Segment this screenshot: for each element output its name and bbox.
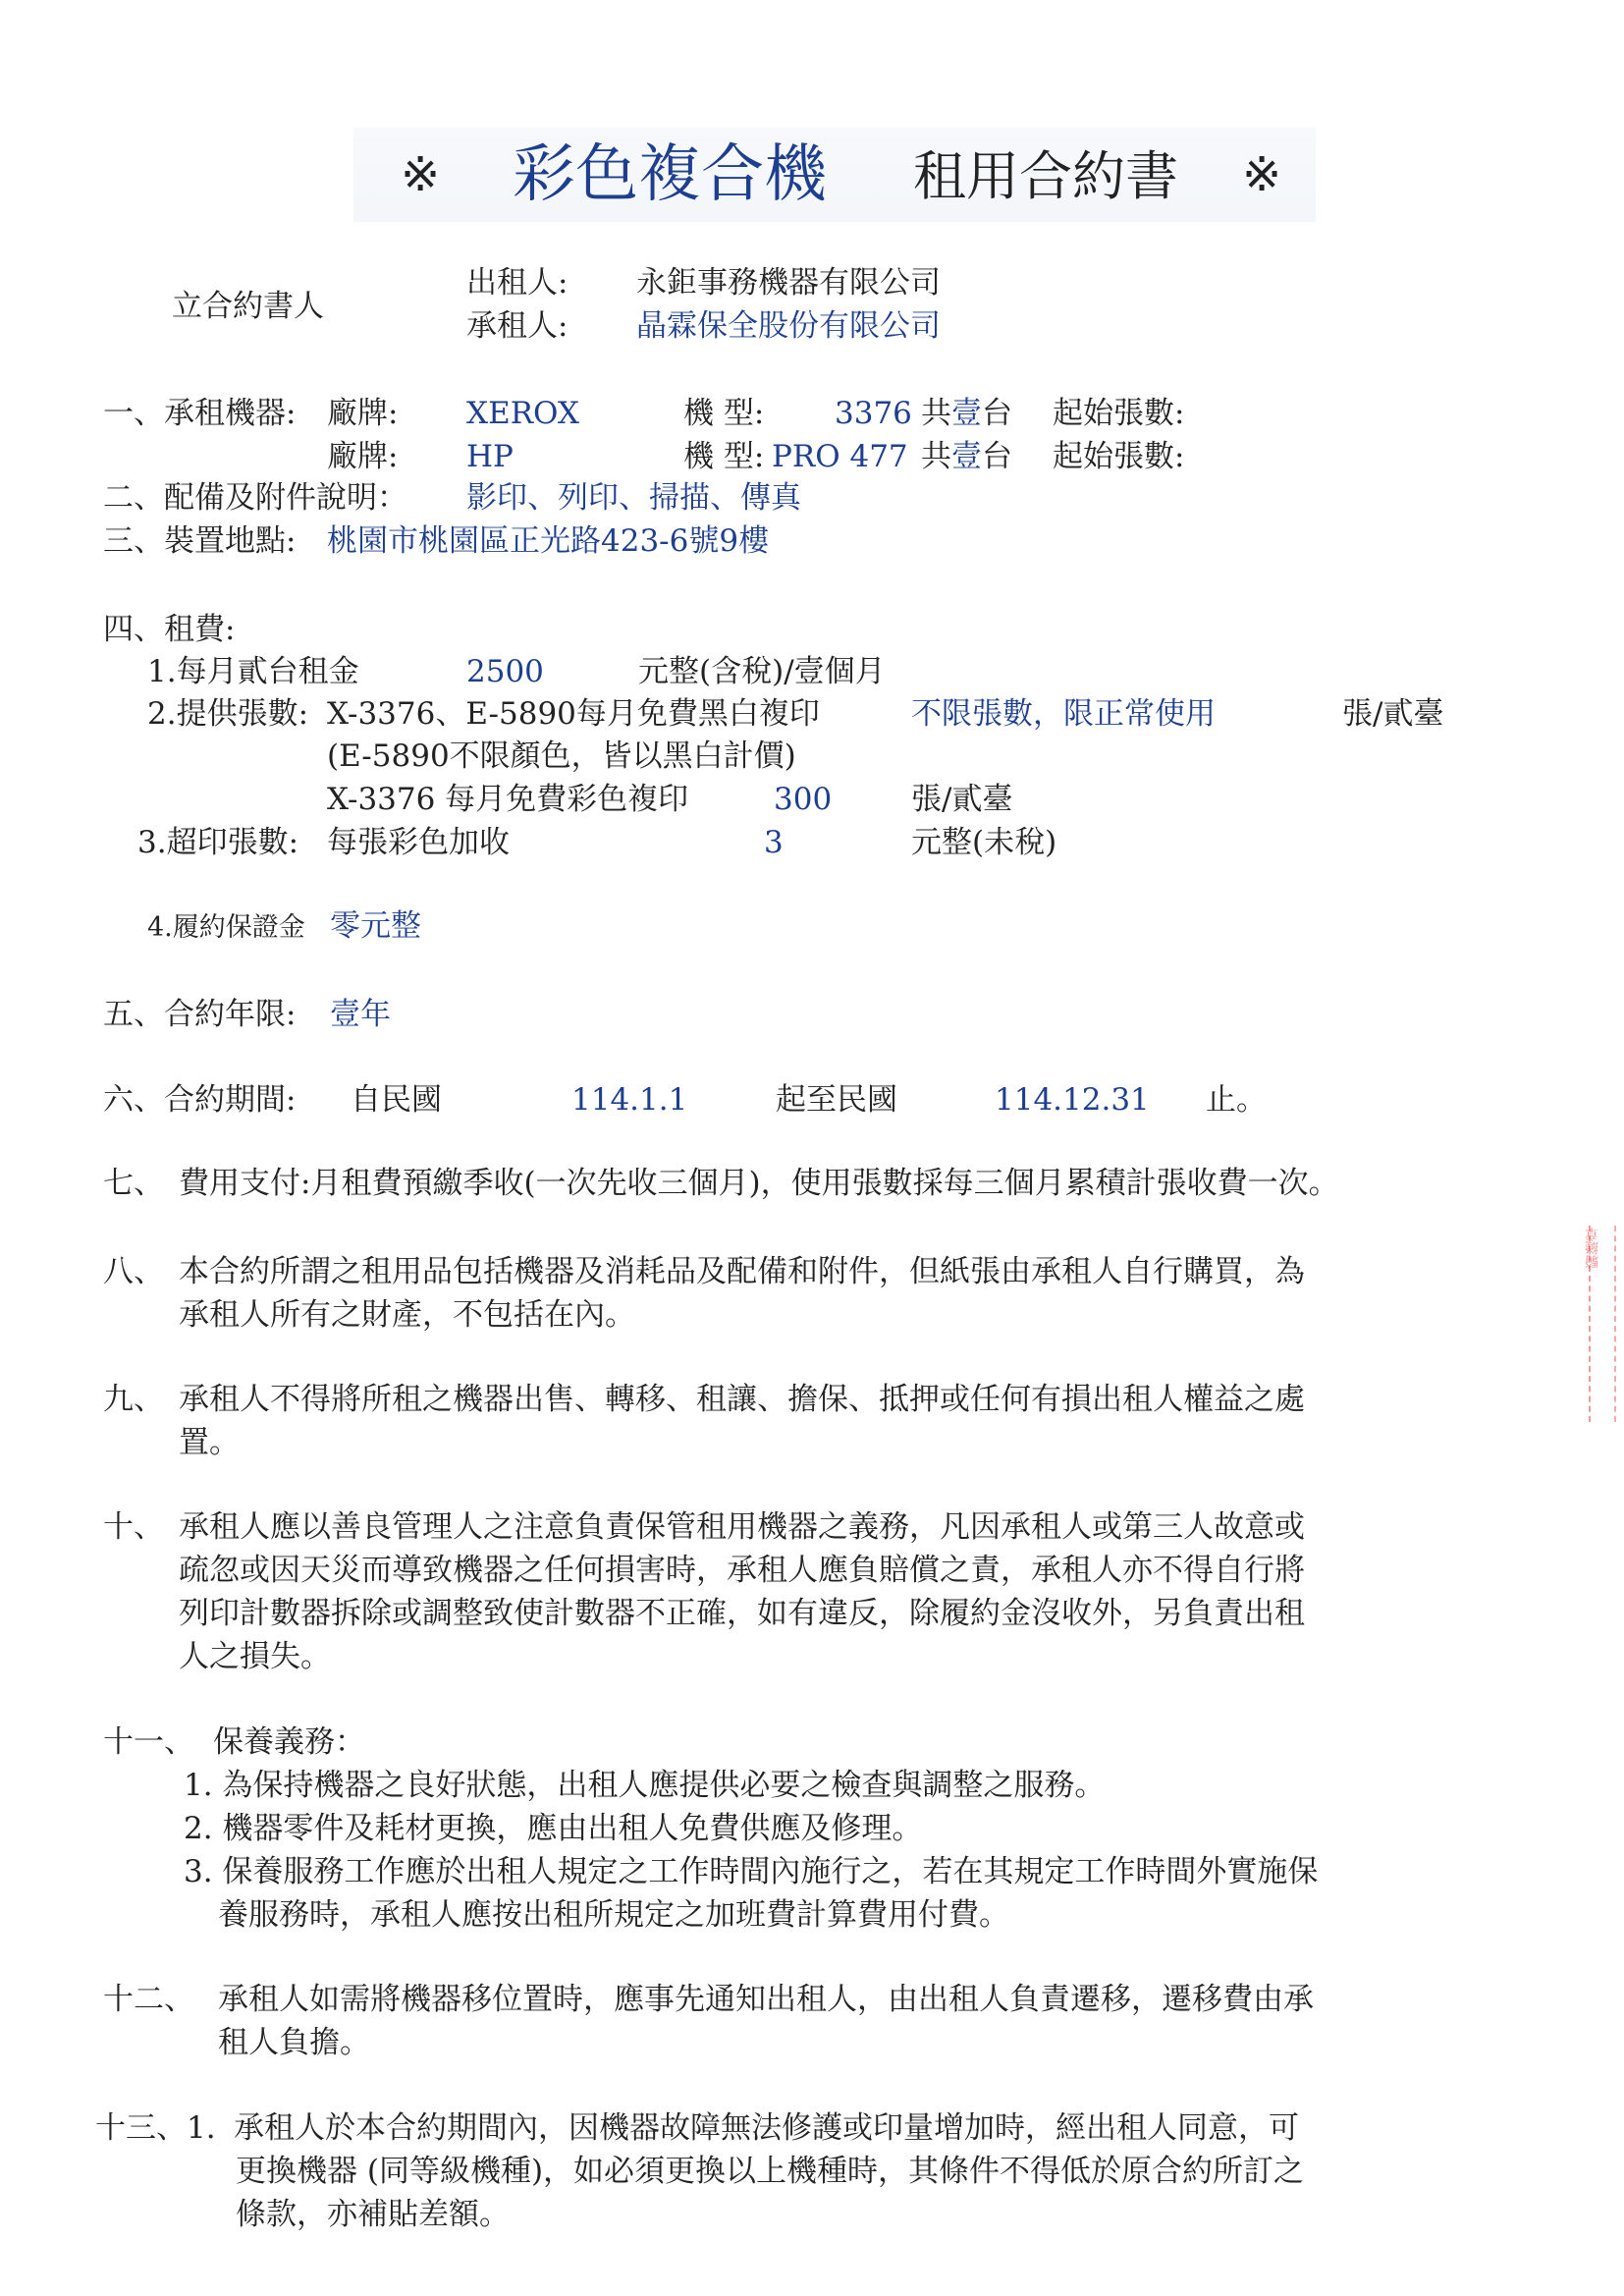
machine2-brand-label: 廠牌: bbox=[327, 437, 398, 476]
section10-line3: 列印計數器拆除或調整致使計數器不正確，如有違反，除履約金沒收外，另負責出租 bbox=[179, 1592, 1305, 1635]
maintenance-item-1: 1. 為保持機器之良好狀態，出租人應提供必要之檢查與調整之服務。 bbox=[184, 1764, 1105, 1807]
period-to: 114.12.31 bbox=[995, 1080, 1150, 1120]
machine1-start-count-label: 起始張數: bbox=[1053, 394, 1184, 433]
machine2-model: PRO 477 bbox=[772, 437, 908, 476]
deposit-label: 4.履約保證金 bbox=[147, 908, 305, 948]
section11-num: 十一、 bbox=[103, 1721, 194, 1764]
period-from: 114.1.1 bbox=[571, 1080, 687, 1120]
deposit-value: 零元整 bbox=[330, 906, 421, 946]
maintenance-item-2: 2. 機器零件及耗材更換，應由出租人免費供應及修理。 bbox=[184, 1807, 922, 1850]
section6-label: 六、合約期間: bbox=[103, 1080, 296, 1120]
machine2-qty: 共壹台 bbox=[921, 437, 1012, 476]
section13-num: 十三、1. bbox=[95, 2106, 216, 2150]
bw-copy-unit: 張/貳臺 bbox=[1342, 694, 1443, 734]
section12-line2: 租人負擔。 bbox=[218, 2021, 370, 2064]
section8-line1: 本合約所謂之租用品包括機器及消耗品及配備和附件，但紙張由承租人自行購買，為 bbox=[179, 1250, 1305, 1293]
rent-label: 1.每月貳台租金 bbox=[147, 652, 359, 691]
overprint-label: 3.超印張數: bbox=[137, 823, 298, 862]
machine1-brand-label: 廠牌: bbox=[327, 394, 398, 433]
overprint-unit: 元整(未稅) bbox=[911, 823, 1056, 862]
reference-mark-right: ※ bbox=[1242, 128, 1281, 222]
margin-seal-text: 騎縫章 bbox=[1585, 1228, 1614, 1269]
rent-unit: 元整(含稅)/壹個月 bbox=[638, 652, 886, 691]
section1-label: 一、承租機器: bbox=[103, 394, 296, 433]
section5-label: 五、合約年限: bbox=[103, 995, 296, 1034]
machine1-model: 3376 bbox=[835, 394, 912, 433]
section8-line2: 承租人所有之財產，不包括在內。 bbox=[179, 1293, 635, 1337]
overprint-text: 每張彩色加收 bbox=[327, 823, 510, 862]
section11-title: 保養義務： bbox=[213, 1721, 365, 1764]
section13-line2: 更換機器 (同等級機種)，如必須更換以上機種時，其條件不得低於原合約所訂之 bbox=[236, 2150, 1304, 2193]
section9-num: 九、 bbox=[103, 1378, 164, 1421]
period-from-label: 自民國 bbox=[351, 1080, 442, 1120]
lessee-name: 晶霖保全股份有限公司 bbox=[636, 306, 941, 346]
provided-pages-label: 2.提供張數: bbox=[147, 694, 308, 734]
lessor-label: 出租人: bbox=[466, 263, 568, 302]
color-copy-text: X-3376 每月免費彩色複印 bbox=[327, 780, 688, 819]
bw-copy-text: X-3376、E-5890每月免費黑白複印 bbox=[327, 694, 820, 734]
period-to-label: 起至民國 bbox=[776, 1080, 897, 1120]
title-black: 租用合約書 bbox=[913, 130, 1178, 224]
section10-num: 十、 bbox=[103, 1505, 164, 1549]
machine1-model-label: 機 型: bbox=[683, 394, 764, 433]
title-blue: 彩色複合機 bbox=[513, 128, 827, 222]
section12-num: 十二、 bbox=[103, 1978, 194, 2021]
machine2-brand: HP bbox=[466, 437, 514, 476]
section10-line2: 疏忽或因天災而導致機器之任何損害時，承租人應負賠償之責，承租人亦不得自行將 bbox=[179, 1549, 1305, 1592]
section13-line1: 承租人於本合約期間內，因機器故障無法修護或印量增加時，經出租人同意，可 bbox=[234, 2106, 1299, 2150]
maintenance-item-3: 3. 保養服務工作應於出租人規定之工作時間內施行之，若在其規定工作時間外實施保 bbox=[184, 1850, 1318, 1893]
section3-label: 三、裝置地點: bbox=[103, 521, 296, 561]
machine1-brand: XEROX bbox=[466, 394, 579, 433]
reference-mark-left: ※ bbox=[401, 128, 440, 222]
overprint-value: 3 bbox=[764, 823, 784, 862]
parties-label: 立合約書人 bbox=[172, 287, 324, 326]
section12-line1: 承租人如需將機器移位置時，應事先通知出租人，由出租人負責遷移，遷移費由承 bbox=[218, 1978, 1314, 2021]
section13-line3: 條款，亦補貼差額。 bbox=[236, 2193, 510, 2236]
machine1-qty: 共壹台 bbox=[921, 394, 1012, 433]
color-copy-unit: 張/貳臺 bbox=[911, 780, 1012, 819]
installation-address: 桃園市桃園區正光路423-6號9樓 bbox=[327, 521, 769, 561]
bw-copy-note: (E-5890不限顏色，皆以黑白計價) bbox=[327, 737, 796, 776]
section8-num: 八、 bbox=[103, 1250, 164, 1293]
section2-label: 二、配備及附件說明： bbox=[103, 478, 407, 518]
section10-line4: 人之損失。 bbox=[179, 1635, 331, 1678]
section7-num: 七、 bbox=[103, 1162, 164, 1205]
contract-term: 壹年 bbox=[330, 995, 391, 1034]
lessee-label: 承租人: bbox=[466, 306, 568, 346]
section9-line2: 置。 bbox=[179, 1421, 240, 1464]
section10-line1: 承租人應以善良管理人之注意負責保管租用機器之義務，凡因承租人或第三人故意或 bbox=[179, 1505, 1305, 1549]
section7-text: 費用支付:月租費預繳季收(一次先收三個月)，使用張數採每三個月累積計張收費一次。 bbox=[179, 1162, 1339, 1205]
machine2-start-count-label: 起始張數: bbox=[1053, 437, 1184, 476]
color-copy-value: 300 bbox=[774, 780, 832, 819]
lessor-name: 永鉅事務機器有限公司 bbox=[636, 263, 941, 302]
rent-value: 2500 bbox=[466, 652, 544, 691]
section9-line1: 承租人不得將所租之機器出售、轉移、租讓、擔保、抵押或任何有損出租人權益之處 bbox=[179, 1378, 1305, 1421]
section4-label: 四、租費: bbox=[103, 610, 235, 649]
period-end: 止。 bbox=[1206, 1080, 1267, 1120]
bw-copy-value: 不限張數，限正常使用 bbox=[911, 694, 1216, 734]
maintenance-item-3-cont: 養服務時，承租人應按出租所規定之加班費計算費用付費。 bbox=[218, 1893, 1009, 1937]
machine2-model-label: 機 型: bbox=[683, 437, 764, 476]
section2-value: 影印、列印、掃描、傳真 bbox=[466, 478, 801, 518]
